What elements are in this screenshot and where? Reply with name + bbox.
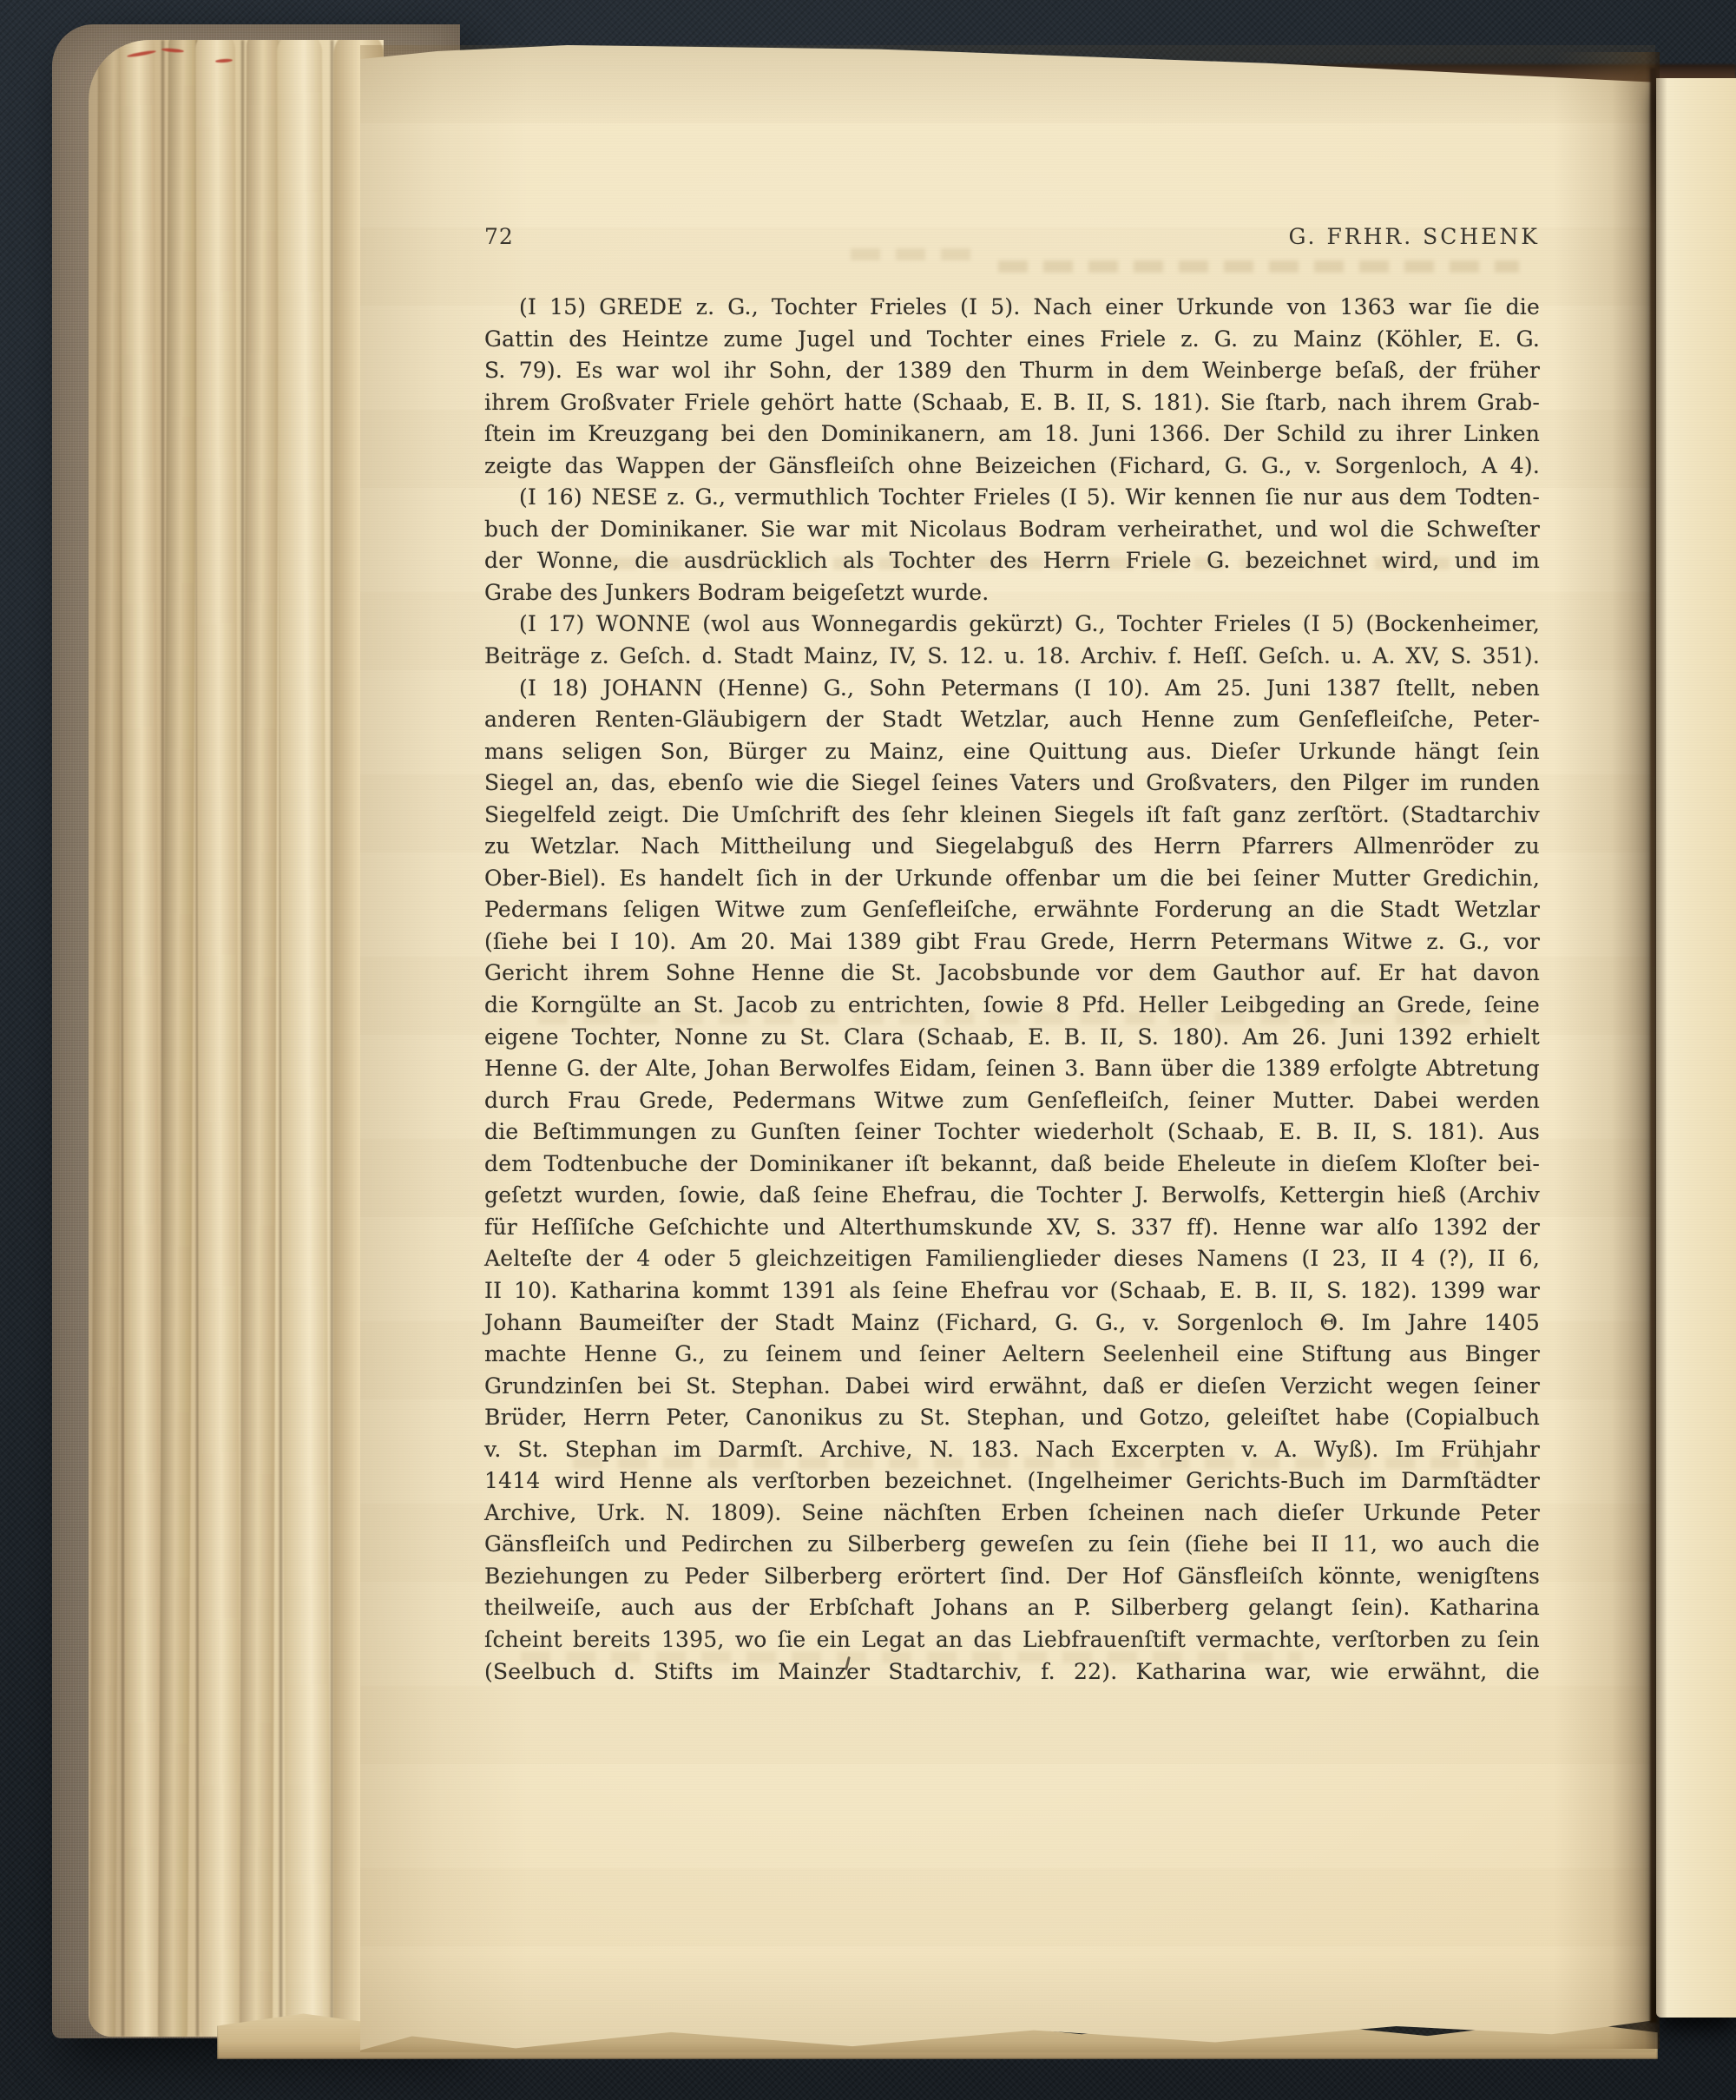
text-line: der Wonne, die ausdrücklich als Tochter … (484, 545, 1540, 577)
text-line: Siegelfeld zeigt. Die Umſchrift des ſehr… (484, 800, 1540, 832)
text-line: dem Todtenbuche der Dominikaner iſt beka… (484, 1149, 1540, 1181)
text-line: zeigte das Wappen der Gänsfleiſch ohne B… (484, 451, 1540, 483)
facing-page-strip (1656, 78, 1736, 2018)
page-edge-stack (89, 40, 384, 2037)
text-line: Gattin des Heintze zume Jugel und Tochte… (484, 324, 1540, 356)
text-line: ſcheint bereits 1395, wo ſie ein Legat a… (484, 1624, 1540, 1656)
text-line: Grundzinſen bei St. Stephan. Dabei wird … (484, 1371, 1540, 1403)
page-edge-strip (120, 40, 161, 2037)
text-line: (ſiehe bei I 10). Am 20. Mai 1389 gibt F… (484, 926, 1540, 958)
text-line: eigene Tochter, Nonne zu St. Clara (Scha… (484, 1022, 1540, 1054)
text-line: Beziehungen zu Peder Silberberg erörtert… (484, 1561, 1540, 1593)
text-line: (I 15) GREDE z. G., Tochter Frieles (I 5… (484, 292, 1540, 324)
text-line: durch Frau Grede, Pedermans Witwe zum Ge… (484, 1085, 1540, 1117)
text-line: Ober-Biel). Es handelt ſich in der Urkun… (484, 863, 1540, 895)
text-line: Archive, Urk. N. 1809). Seine nächſten E… (484, 1498, 1540, 1530)
page-number: 72 (484, 224, 514, 249)
text-line: v. St. Stephan im Darmſt. Archive, N. 18… (484, 1434, 1540, 1466)
running-header: 72 G. FRHR. SCHENK (484, 224, 1540, 253)
text-line: ihrem Großvater Friele gehört hatte (Sch… (484, 387, 1540, 419)
text-line: (I 16) NESE z. G., vermuthlich Tochter F… (484, 482, 1540, 514)
text-line: Pedermans ſeligen Witwe zum Genſefleiſch… (484, 894, 1540, 926)
text-block: (I 15) GREDE z. G., Tochter Frieles (I 5… (484, 292, 1540, 1688)
text-line: Gericht ihrem Sohne Henne die St. Jacobs… (484, 958, 1540, 990)
text-line: machte Henne G., zu ſeinem und ſeiner Ae… (484, 1339, 1540, 1371)
text-line: Beiträge z. Geſch. d. Stadt Mainz, IV, S… (484, 641, 1540, 673)
text-line: theilweiſe, auch aus der Erbſchaft Johan… (484, 1592, 1540, 1624)
text-line: zu Wetzlar. Nach Mittheilung und Siegela… (484, 831, 1540, 863)
text-line: (I 18) JOHANN (Henne) G., Sohn Petermans… (484, 673, 1540, 705)
text-line: die Korngülte an St. Jacob zu entrichten… (484, 990, 1540, 1022)
page-edge-strip (240, 40, 279, 2037)
page-edge-strip (89, 40, 124, 2037)
text-line: mans seligen Son, Bürger zu Mainz, eine … (484, 736, 1540, 768)
text-line: die Beſtimmungen zu Gunſten ſeiner Tocht… (484, 1116, 1540, 1149)
text-line: (Seelbuch d. Stifts im Mainzer Stadtarch… (484, 1656, 1540, 1689)
text-line: 1414 wird Henne als verſtorben bezeichne… (484, 1465, 1540, 1498)
text-line: Aelteſte der 4 oder 5 gleichzeitigen Fam… (484, 1243, 1540, 1275)
page-edge-strip (277, 40, 331, 2037)
text-line: für Heſſiſche Geſchichte und Alterthumsk… (484, 1212, 1540, 1244)
text-line: Brüder, Herrn Peter, Canonikus zu St. St… (484, 1402, 1540, 1434)
page-edge-strip (195, 40, 240, 2037)
text-line: Johann Baumeiſter der Stadt Mainz (Ficha… (484, 1307, 1540, 1340)
text-line: ſtein im Kreuzgang bei den Dominikanern,… (484, 418, 1540, 451)
text-line: Grabe des Junkers Bodram beigeſetzt wurd… (484, 577, 1540, 609)
text-line: (I 17) WONNE (wol aus Wonnegardis gekürz… (484, 609, 1540, 641)
text-line: II 10). Katharina kommt 1391 als ſeine E… (484, 1275, 1540, 1307)
text-line: anderen Renten-Gläubigern der Stadt Wetz… (484, 704, 1540, 736)
text-line: buch der Dominikaner. Sie war mit Nicola… (484, 514, 1540, 546)
text-line: Henne G. der Alte, Johan Berwolfes Eidam… (484, 1053, 1540, 1085)
text-line: Siegel an, das, ebenſo wie die Siegel ſe… (484, 767, 1540, 800)
header-author: G. FRHR. SCHENK (1288, 224, 1540, 249)
text-line: geſetzt wurden, ſowie, daß ſeine Ehefrau… (484, 1180, 1540, 1212)
text-line: S. 79). Es war wol ihr Sohn, der 1389 de… (484, 355, 1540, 387)
text-line: Gänsfleiſch und Pedirchen zu Silberberg … (484, 1529, 1540, 1561)
